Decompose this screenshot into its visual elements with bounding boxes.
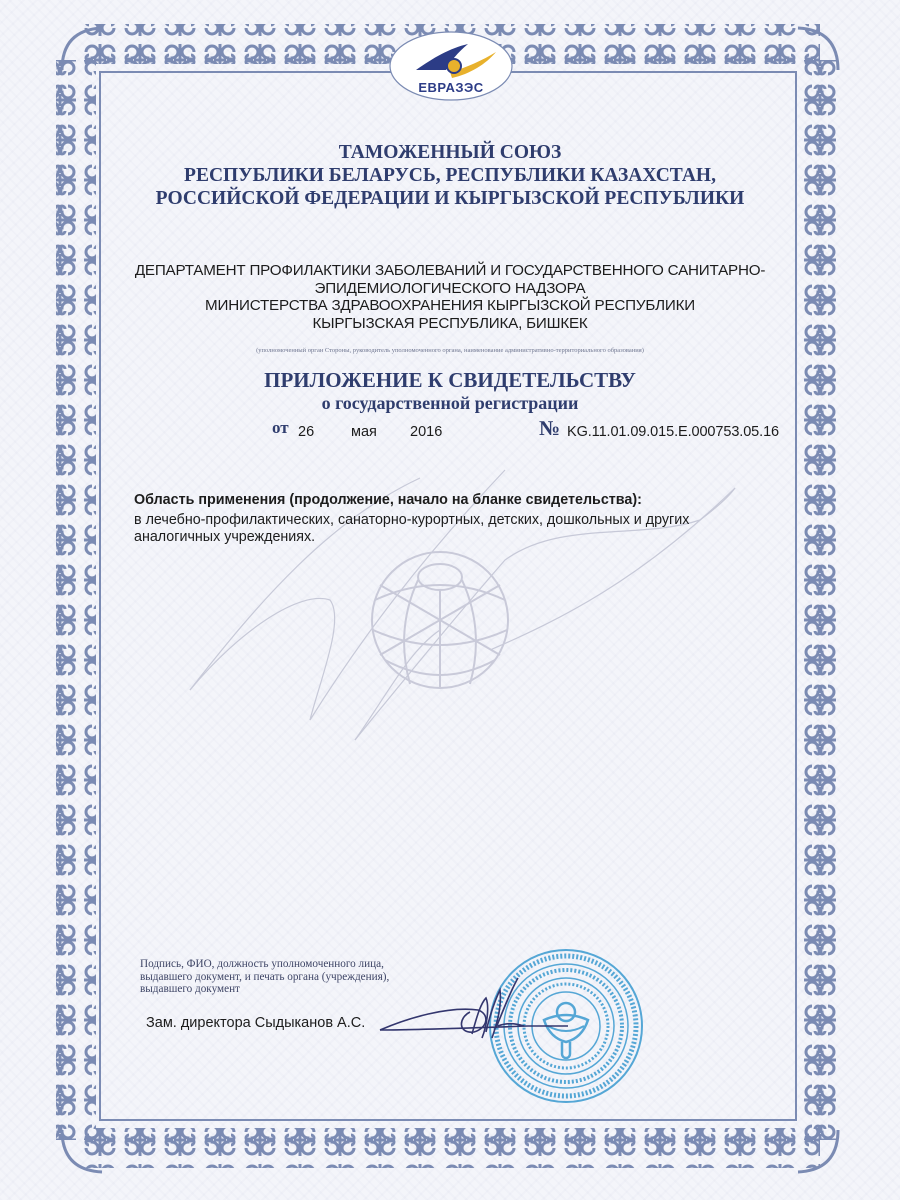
authority-caption: (уполномоченный орган Стороны, руководит… <box>0 347 900 355</box>
eurasec-logo: ЕВРАЗЭС <box>388 30 514 102</box>
globe-icon <box>372 552 508 688</box>
scope-text: в лечебно-профилактических, санаторно-ку… <box>134 512 734 545</box>
document-subtitle: о государственной регистрации <box>0 392 900 414</box>
authority-line: МИНИСТЕРСТВА ЗДРАВООХРАНЕНИЯ КЫРГЫЗСКОЙ … <box>0 297 900 315</box>
union-title-line: ТАМОЖЕННЫЙ СОЮЗ <box>0 141 900 164</box>
handwritten-signature <box>378 968 578 1068</box>
svg-text:ЕВРАЗЭС: ЕВРАЗЭС <box>418 80 483 95</box>
union-title-line: РЕСПУБЛИКИ БЕЛАРУСЬ, РЕСПУБЛИКИ КАЗАХСТА… <box>0 164 900 187</box>
scope-label: Область применения (продолжение, начало … <box>134 492 642 508</box>
authority-line: ЭПИДЕМИОЛОГИЧЕСКОГО НАДЗОРА <box>0 280 900 298</box>
date-prefix: от <box>272 418 289 438</box>
authority-line: ДЕПАРТАМЕНТ ПРОФИЛАКТИКИ ЗАБОЛЕВАНИЙ И Г… <box>0 262 900 280</box>
authority-line: КЫРГЫЗСКАЯ РЕСПУБЛИКА, БИШКЕК <box>0 315 900 333</box>
issuing-authority: ДЕПАРТАМЕНТ ПРОФИЛАКТИКИ ЗАБОЛЕВАНИЙ И Г… <box>0 262 900 332</box>
document-title: ПРИЛОЖЕНИЕ К СВИДЕТЕЛЬСТВУ <box>0 368 900 392</box>
date-day: 26 <box>298 424 314 440</box>
registration-number: KG.11.01.09.015.E.000753.05.16 <box>567 424 779 440</box>
signatory-name: Зам. директора Сыдыканов А.С. <box>146 1015 365 1031</box>
date-year: 2016 <box>410 424 442 440</box>
date-month: мая <box>351 424 377 440</box>
union-title-line: РОССИЙСКОЙ ФЕДЕРАЦИИ И КЫРГЫЗСКОЙ РЕСПУБ… <box>0 187 900 210</box>
number-sign: № <box>539 416 560 441</box>
customs-union-title: ТАМОЖЕННЫЙ СОЮЗ РЕСПУБЛИКИ БЕЛАРУСЬ, РЕС… <box>0 141 900 210</box>
